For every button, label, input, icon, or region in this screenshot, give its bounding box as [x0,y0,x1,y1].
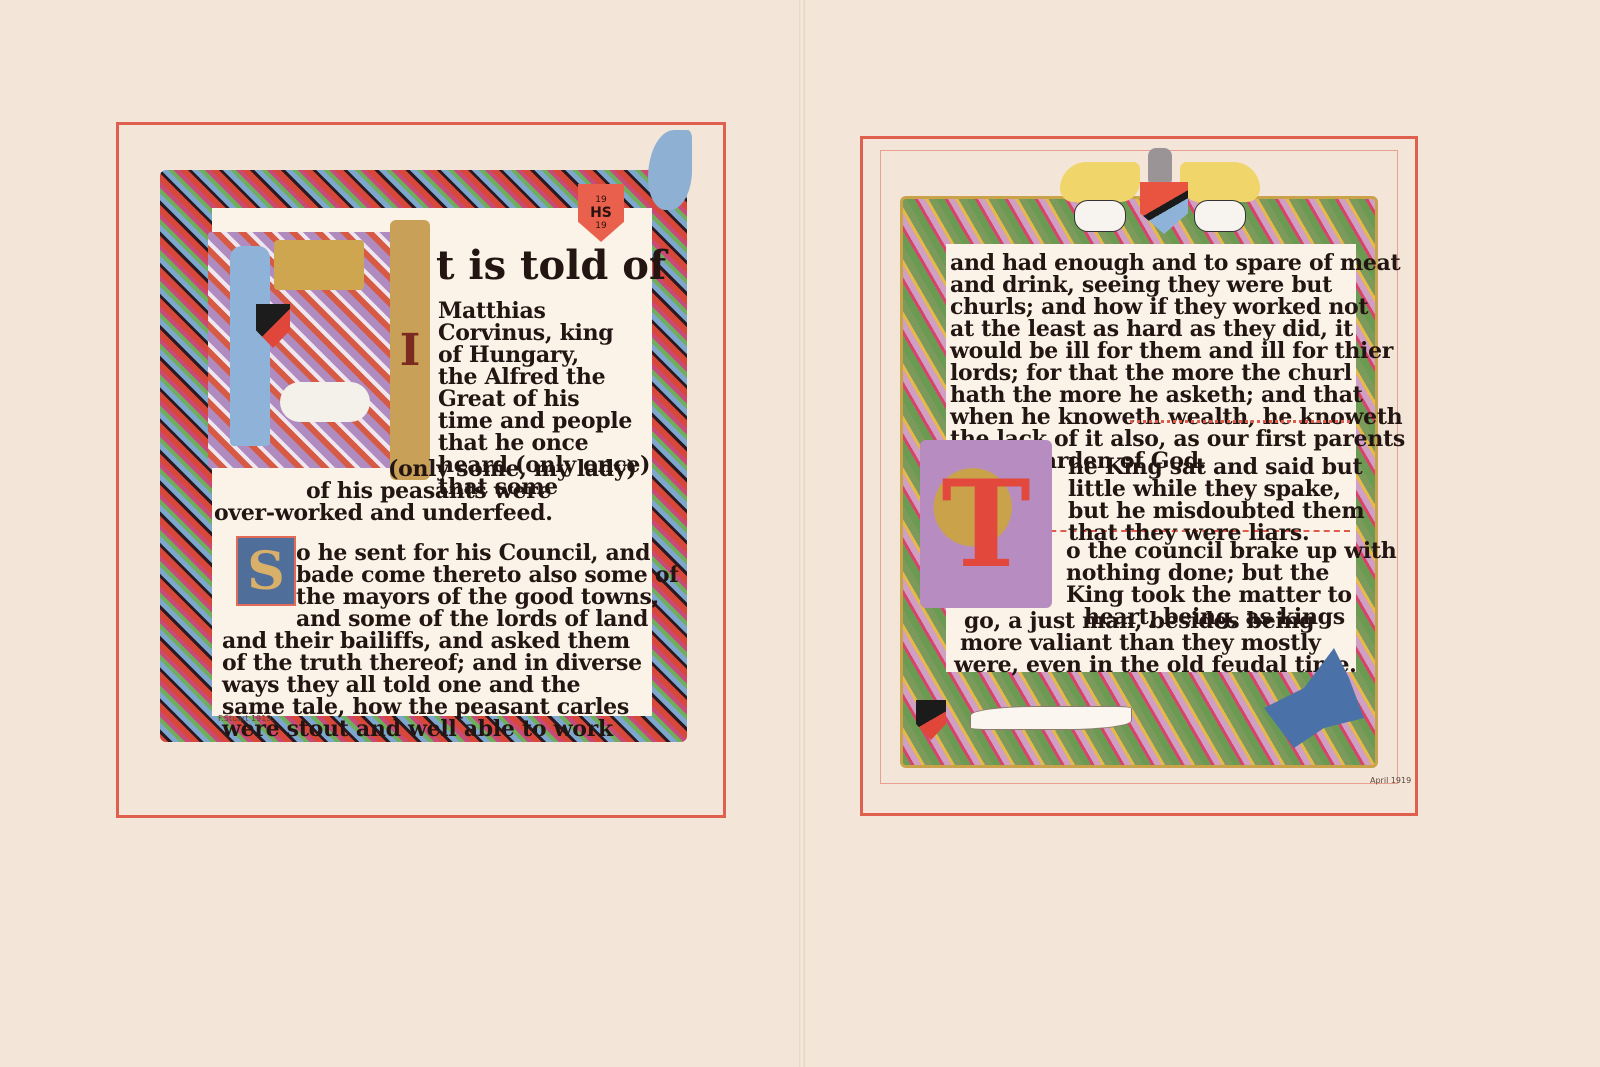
right-p2-line: but he misdoubted them [1068,500,1364,522]
monogram-initials: HS [590,205,612,221]
right-p3-line: more valiant than they mostly [954,632,1357,654]
dropcap-i: I [390,220,430,480]
left-p2-line: the mayors of the good towns, [296,586,678,608]
left-p2-line: and some of the lords of land [296,608,678,630]
left-p1-line: Matthias [438,300,650,322]
right-paragraph-3-tail: go, a just man, besides being more valia… [954,610,1357,676]
left-p2-line: o he sent for his Council, and [296,542,678,564]
banner-flag [274,240,364,290]
helmet-icon [1148,148,1172,182]
left-p1-line: Great of his [438,388,650,410]
left-p2-line: of the truth thereof; and in diverse [222,652,642,674]
monogram-year-bottom: 19 [595,221,606,231]
left-heading: t is told of [436,246,666,286]
right-paragraph-1: and had enough and to spare of meat and … [950,252,1405,472]
right-p1-line: lords; for that the more the churl [950,362,1405,384]
supporter-dog-right [1194,200,1246,232]
left-paragraph-2-tail: and their bailiffs, and asked them of th… [222,630,642,740]
red-dotted-filler [1130,420,1350,423]
mantling-left [1060,162,1140,202]
right-signature: April 1919 [1370,776,1411,785]
book-fold [799,0,805,1067]
scroll-ribbon [970,706,1132,730]
right-p3-line: nothing done; but the [1066,562,1397,584]
coat-of-arms [1060,148,1260,234]
left-signature: F.Stuart 1919. [218,714,274,723]
knight-illustration [208,232,394,468]
knight-figure [230,246,270,446]
left-p1-line: that he once [438,432,650,454]
left-p1-line: Corvinus, king [438,322,650,344]
right-p2-line: little while they spake, [1068,478,1364,500]
left-paragraph-2: o he sent for his Council, and bade come… [296,542,678,630]
left-p2-line: same tale, how the peasant carles [222,696,642,718]
right-p1-line: hath the more he asketh; and that [950,384,1405,406]
greyhound [280,382,370,422]
right-p1-line: when he knoweth wealth, he knoweth [950,406,1405,428]
right-p1-line: would be ill for them and ill for thier [950,340,1405,362]
left-p2-line: bade come thereto also some of [296,564,678,586]
right-p3-line: o the council brake up with [1066,540,1397,562]
right-p1-line: and had enough and to spare of meat [950,252,1405,274]
left-p1-line: (only some, my lady) [300,458,636,480]
left-p2-line: ways they all told one and the [222,674,642,696]
left-p1-line: time and people [438,410,650,432]
dropcap-s: S [236,536,296,606]
left-paragraph-1-tail: (only some, my lady) of his peasants wer… [300,458,636,524]
right-p1-line: churls; and how if they worked not [950,296,1405,318]
right-p2-line: he King sat and said but [1068,456,1364,478]
supporter-dog-left [1074,200,1126,232]
left-p1-line: of his peasants were [300,480,636,502]
monogram-year-top: 19 [595,195,606,205]
left-p2-line: and their bailiffs, and asked them [222,630,642,652]
right-p3-line: were, even in the old feudal time. [954,654,1357,676]
left-p1-line: the Alfred the [438,366,650,388]
mantling-right [1180,162,1260,202]
right-p1-line: at the least as hard as they did, it [950,318,1405,340]
arms-shield-icon [1140,182,1188,234]
dropcap-t: T [920,440,1052,608]
right-p1-line: and drink, seeing they were but [950,274,1405,296]
right-paragraph-2: he King sat and said but little while th… [1068,456,1364,544]
right-p3-line: go, a just man, besides being [954,610,1357,632]
left-p2-line: were stout and well able to work [222,718,642,740]
left-p1-line: over-worked and underfeed. [214,502,636,524]
left-p1-line: of Hungary, [438,344,650,366]
right-p3-line: King took the matter to [1066,584,1397,606]
